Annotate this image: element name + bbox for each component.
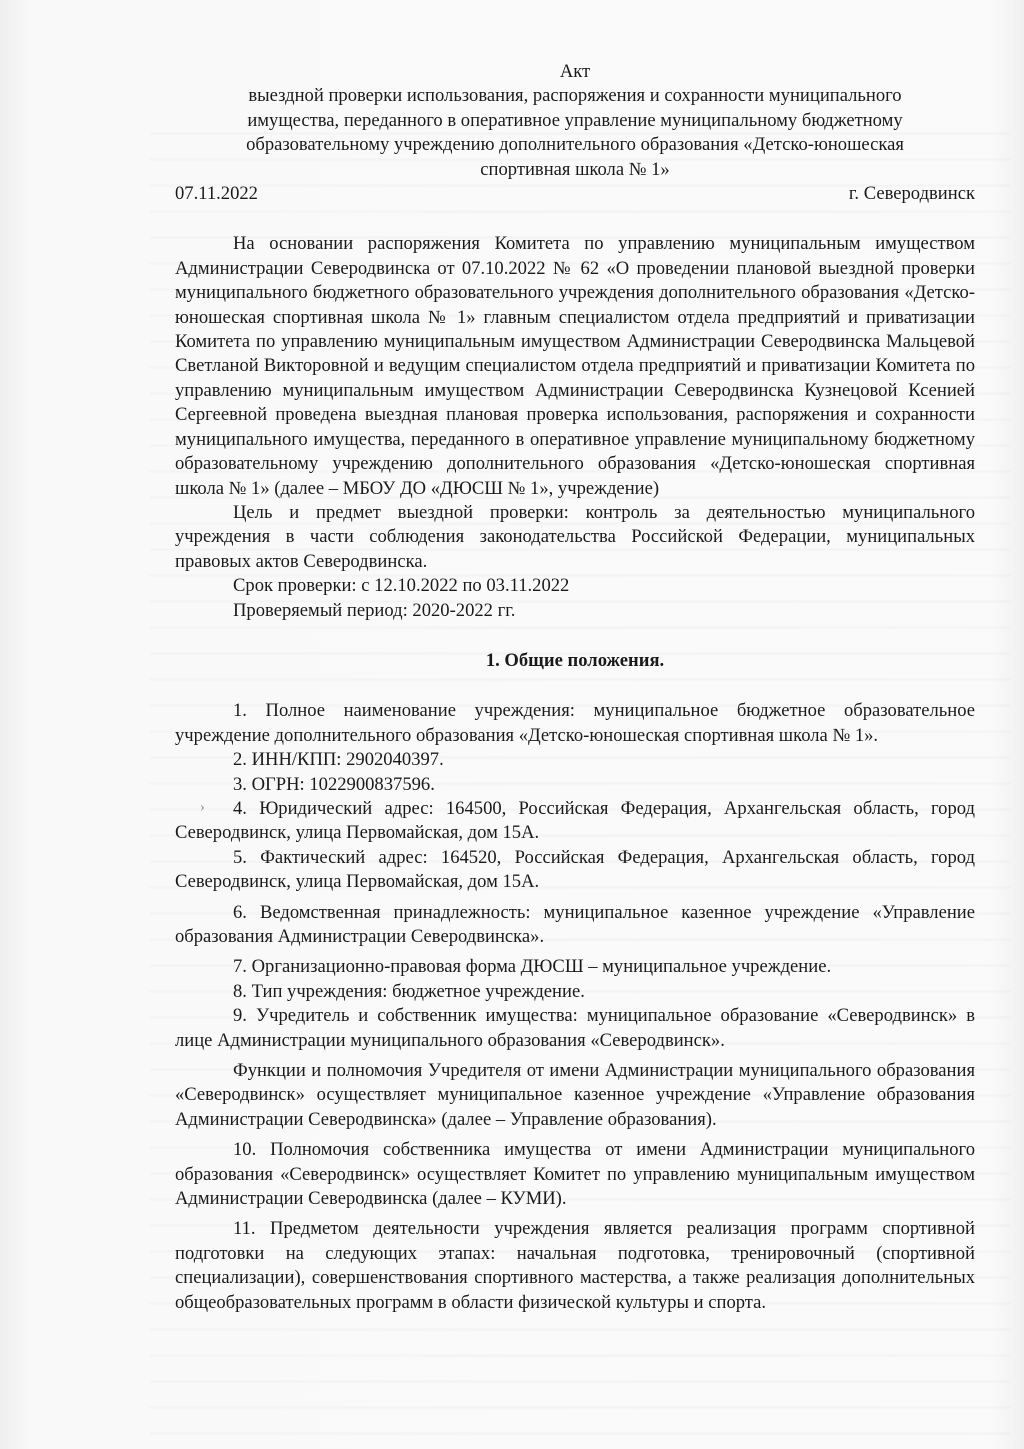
list-item: 4. Юридический адрес: 164500, Российская… bbox=[175, 797, 975, 846]
date-location-row: 07.11.2022 г. Северодвинск bbox=[175, 182, 975, 206]
section-heading: 1. Общие положения. bbox=[175, 649, 975, 673]
list-item: 10. Полномочия собственника имущества от… bbox=[175, 1138, 975, 1211]
goal-paragraph: Цель и предмет выездной проверки: контро… bbox=[175, 501, 975, 574]
list-item: 1. Полное наименование учреждения: муниц… bbox=[175, 699, 975, 748]
list-item: 5. Фактический адрес: 164520, Российская… bbox=[175, 846, 975, 895]
list-item: 11. Предметом деятельности учреждения яв… bbox=[175, 1217, 975, 1315]
inspection-term: Срок проверки: с 12.10.2022 по 03.11.202… bbox=[175, 574, 975, 598]
intro-paragraph: На основании распоряжения Комитета по уп… bbox=[175, 232, 975, 500]
document-title: Акт bbox=[175, 60, 975, 84]
scanned-page: Акт выездной проверки использования, рас… bbox=[0, 0, 1024, 1449]
document-body: Акт выездной проверки использования, рас… bbox=[175, 60, 975, 1315]
list-item: 2. ИНН/КПП: 2902040397. bbox=[175, 748, 975, 772]
list-item: 3. ОГРН: 1022900837596. bbox=[175, 773, 975, 797]
functions-paragraph: Функции и полномочия Учредителя от имени… bbox=[175, 1059, 975, 1132]
inspection-period: Проверяемый период: 2020-2022 гг. bbox=[175, 599, 975, 623]
document-date: 07.11.2022 bbox=[175, 182, 258, 206]
list-item: 9. Учредитель и собственник имущества: м… bbox=[175, 1004, 975, 1053]
document-city: г. Северодвинск bbox=[849, 182, 975, 206]
list-item: 6. Ведомственная принадлежность: муницип… bbox=[175, 901, 975, 950]
list-item: 7. Организационно-правовая форма ДЮСШ – … bbox=[175, 955, 975, 979]
document-subtitle: выездной проверки использования, распоря… bbox=[207, 84, 943, 182]
scan-speck: › bbox=[200, 800, 205, 816]
list-item: 8. Тип учреждения: бюджетное учреждение. bbox=[175, 980, 975, 1004]
